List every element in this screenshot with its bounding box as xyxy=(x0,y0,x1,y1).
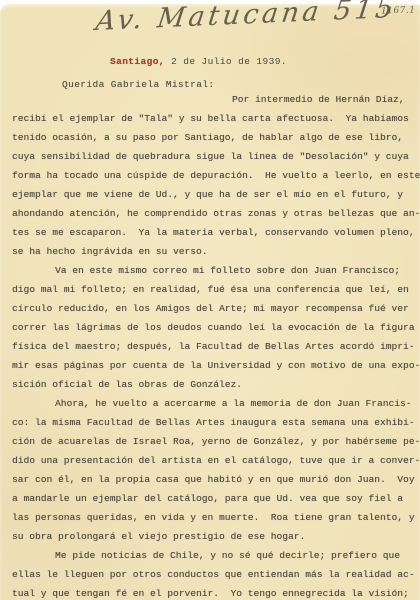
typed-line: Por intermedio de Hernán Díaz, xyxy=(232,90,416,109)
typed-line: mir esas páginas por cuenta de la Univer… xyxy=(12,356,416,375)
typed-line: a mandarle un ejemplar del catálogo, par… xyxy=(12,489,416,508)
dateline-date: 2 de Julio de 1939. xyxy=(165,56,287,67)
typed-line: tual y que tengan fé en el porvenir. Yo … xyxy=(12,584,416,600)
typed-line: sición oficial de las obras de González. xyxy=(12,375,416,394)
scanned-letter-page: 1167.1 Av. Matucana 515 Santiago, 2 de J… xyxy=(0,0,420,600)
typed-line: digo mal mi folleto; en realidad, fué és… xyxy=(12,280,416,299)
typed-line: las personas queridas, en vida y en muer… xyxy=(12,508,416,527)
typed-line: Me pide noticias de Chile, y no sé qué d… xyxy=(55,546,416,565)
typed-line: correr las lágrimas de los deudos cuando… xyxy=(12,318,416,337)
typed-line: co: la misma Facultad de Bellas Artes in… xyxy=(12,413,416,432)
dateline: Santiago, 2 de Julio de 1939. xyxy=(110,56,287,67)
typed-line: Ahora, he vuelto a acercarme a la memori… xyxy=(55,394,416,413)
typed-line: cuya sensibilidad de quebradura sigue la… xyxy=(12,147,416,166)
letter-paper: 1167.1 Av. Matucana 515 Santiago, 2 de J… xyxy=(0,4,420,600)
typed-line: tenido ocasión, a su paso por Santiago, … xyxy=(12,128,416,147)
dateline-city: Santiago, xyxy=(110,56,165,67)
typed-line: física del maestro; después, la Facultad… xyxy=(12,337,416,356)
typed-line: Va en este mismo correo mi folleto sobre… xyxy=(55,261,416,280)
typed-line: ción de acuarelas de Israel Roa, yerno d… xyxy=(12,432,416,451)
typed-line: sar con él, en la propia casa que habitó… xyxy=(12,470,416,489)
handwritten-address: Av. Matucana 515 xyxy=(94,0,408,37)
typed-line: dido una presentación del artista en el … xyxy=(12,451,416,470)
letter-body: Por intermedio de Hernán Díaz,recibí el … xyxy=(12,90,416,600)
typed-line: su obra prolongará el viejo prestigio de… xyxy=(12,527,416,546)
salutation: Querida Gabriela Mistral: xyxy=(62,79,215,90)
typed-line: ejemplar que me viene de Ud., y que ha d… xyxy=(12,185,416,204)
typed-line: círculo reducido, en los Amigos del Arte… xyxy=(12,299,416,318)
typed-line: ahondando atención, he comprendido otras… xyxy=(12,204,416,223)
typed-line: forma ha tocado una cúspide de depuració… xyxy=(12,166,416,185)
typed-line: se ha hecho ingrávida en su verso. xyxy=(12,242,416,261)
typed-line: recibí el ejemplar de "Tala" y su bella … xyxy=(12,109,416,128)
typed-line: tes se me escaparon. Ya la materia verba… xyxy=(12,223,416,242)
typed-line: ellas le lleguen por otros conductos que… xyxy=(12,565,416,584)
